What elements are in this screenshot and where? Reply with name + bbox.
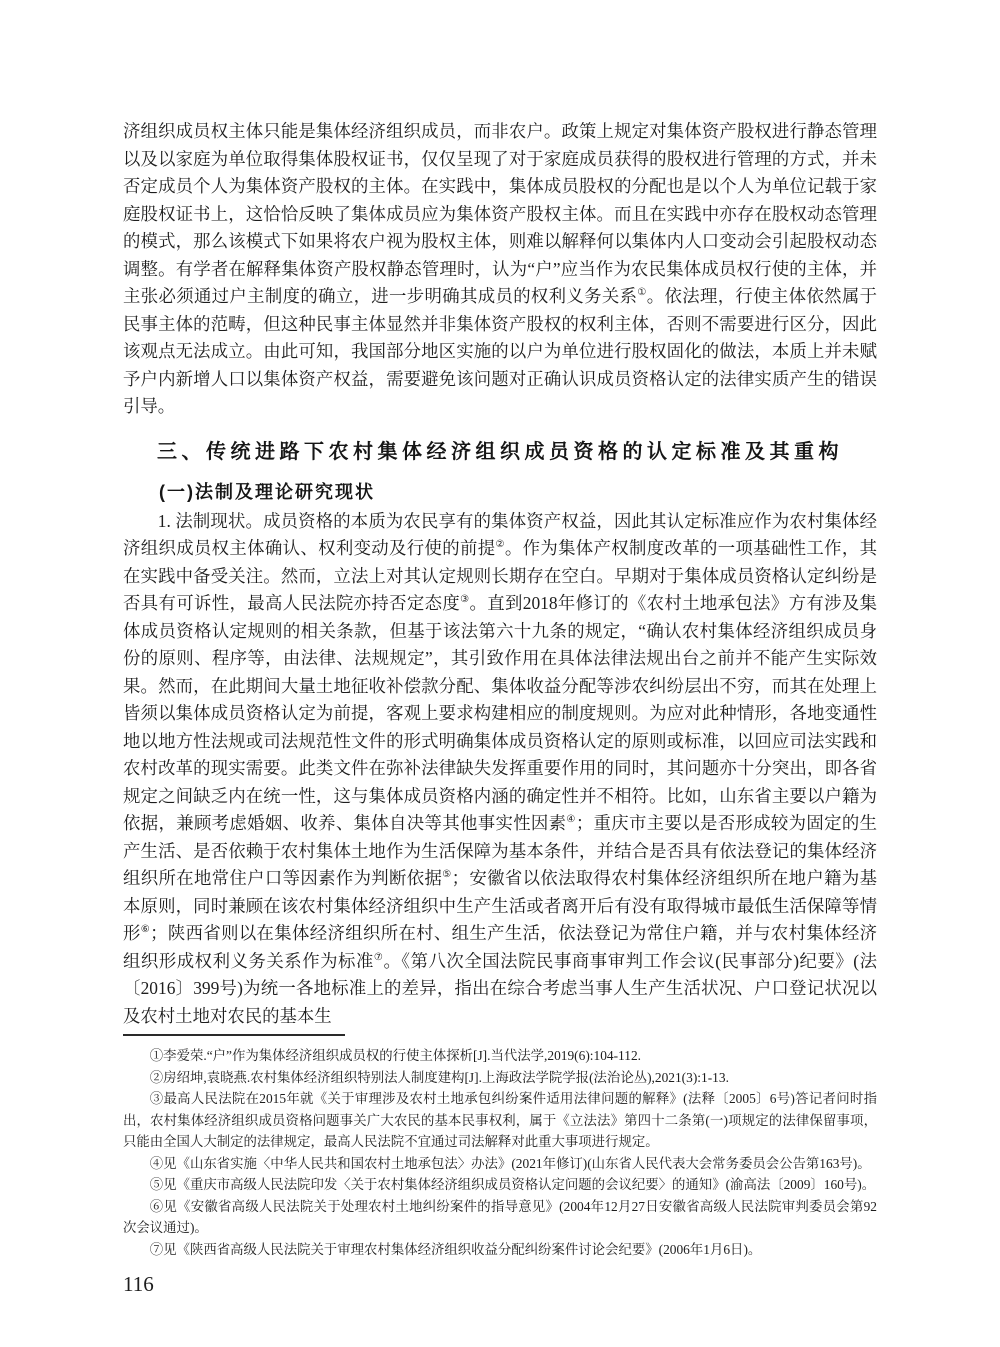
footnote-marker: ③	[460, 594, 469, 605]
subsection-heading: (一)法制及理论研究现状	[123, 478, 877, 506]
footnote-6: ⑥见《安徽省高级人民法院关于处理农村土地纠纷案件的指导意见》(2004年12月2…	[123, 1196, 877, 1239]
page-number: 116	[123, 1272, 877, 1296]
footnote-4: ④见《山东省实施〈中华人民共和国农村土地承包法〉办法》(2021年修订)(山东省…	[123, 1153, 877, 1175]
footnote-3: ③最高人民法院在2015年就《关于审理涉及农村土地承包纠纷案件适用法律问题的解释…	[123, 1088, 877, 1153]
footnote-marker: ④	[566, 814, 575, 825]
footnote-2: ②房绍坤,袁晓燕.农村集体经济组织特别法人制度建构[J].上海政法学院学报(法治…	[123, 1067, 877, 1089]
intro-paragraph: 济组织成员权主体只能是集体经济组织成员，而非农户。政策上规定对集体资产股权进行静…	[123, 118, 877, 421]
footnote-marker: ⑤	[442, 869, 451, 880]
footnote-marker: ①	[637, 287, 646, 298]
document-page: 济组织成员权主体只能是集体经济组织成员，而非农户。政策上规定对集体资产股权进行静…	[0, 0, 1000, 1347]
section-heading: 三、传统进路下农村集体经济组织成员资格的认定标准及其重构	[123, 437, 877, 467]
footnote-marker: ⑥	[141, 924, 150, 935]
footnote-marker: ②	[495, 539, 504, 550]
footnotes-section: ①李爱荣.“户”作为集体经济组织成员权的行使主体探析[J].当代法学,2019(…	[123, 1034, 877, 1260]
main-paragraph: 1. 法制现状。成员资格的本质为农民享有的集体资产权益，因此其认定标准应作为农村…	[123, 508, 877, 1031]
footnote-5: ⑤见《重庆市高级人民法院印发〈关于农村集体经济组织成员资格认定问题的会议纪要〉的…	[123, 1174, 877, 1196]
footnote-separator	[123, 1034, 345, 1036]
footnote-7: ⑦见《陕西省高级人民法院关于审理农村集体经济组织收益分配纠纷案件讨论会纪要》(2…	[123, 1239, 877, 1261]
footnote-1: ①李爱荣.“户”作为集体经济组织成员权的行使主体探析[J].当代法学,2019(…	[123, 1045, 877, 1067]
